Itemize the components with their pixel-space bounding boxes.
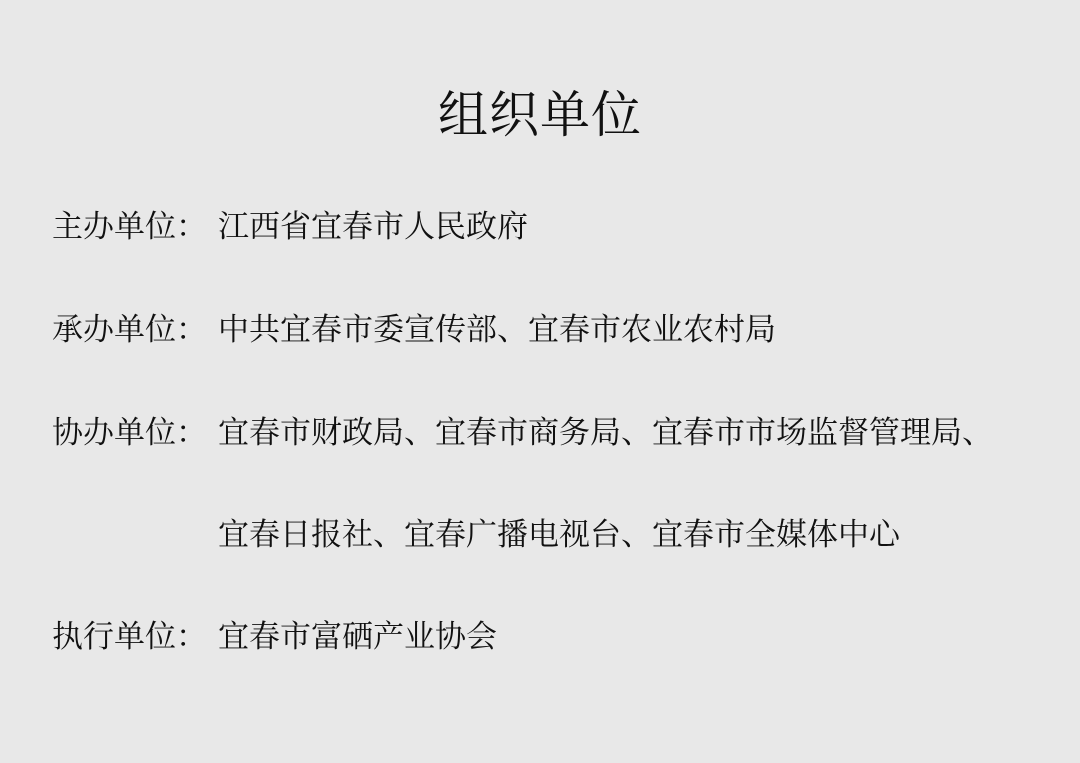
co-organizer-row: 协办单位： 宜春市财政局、宜春市商务局、宜春市市场监督管理局、 [52, 413, 993, 453]
co-organizer-value: 宜春市财政局、宜春市商务局、宜春市市场监督管理局、 [218, 413, 993, 453]
executor-label: 执行单位： [52, 617, 218, 657]
co-organizer-value-continuation: 宜春日报社、宜春广播电视台、宜春市全媒体中心 [218, 515, 900, 555]
organizer-value: 江西省宜春市人民政府 [218, 207, 528, 247]
page-title: 组织单位 [0, 82, 1080, 148]
co-organizer-label: 协办单位： [52, 413, 218, 453]
executor-row: 执行单位： 宜春市富硒产业协会 [52, 617, 497, 657]
undertaker-row: 承办单位： 中共宜春市委宣传部、宜春市农业农村局 [52, 310, 776, 350]
undertaker-label: 承办单位： [52, 310, 218, 350]
executor-value: 宜春市富硒产业协会 [218, 617, 497, 657]
organizer-row: 主办单位： 江西省宜春市人民政府 [52, 207, 528, 247]
undertaker-value: 中共宜春市委宣传部、宜春市农业农村局 [218, 310, 776, 350]
organizer-label: 主办单位： [52, 207, 218, 247]
